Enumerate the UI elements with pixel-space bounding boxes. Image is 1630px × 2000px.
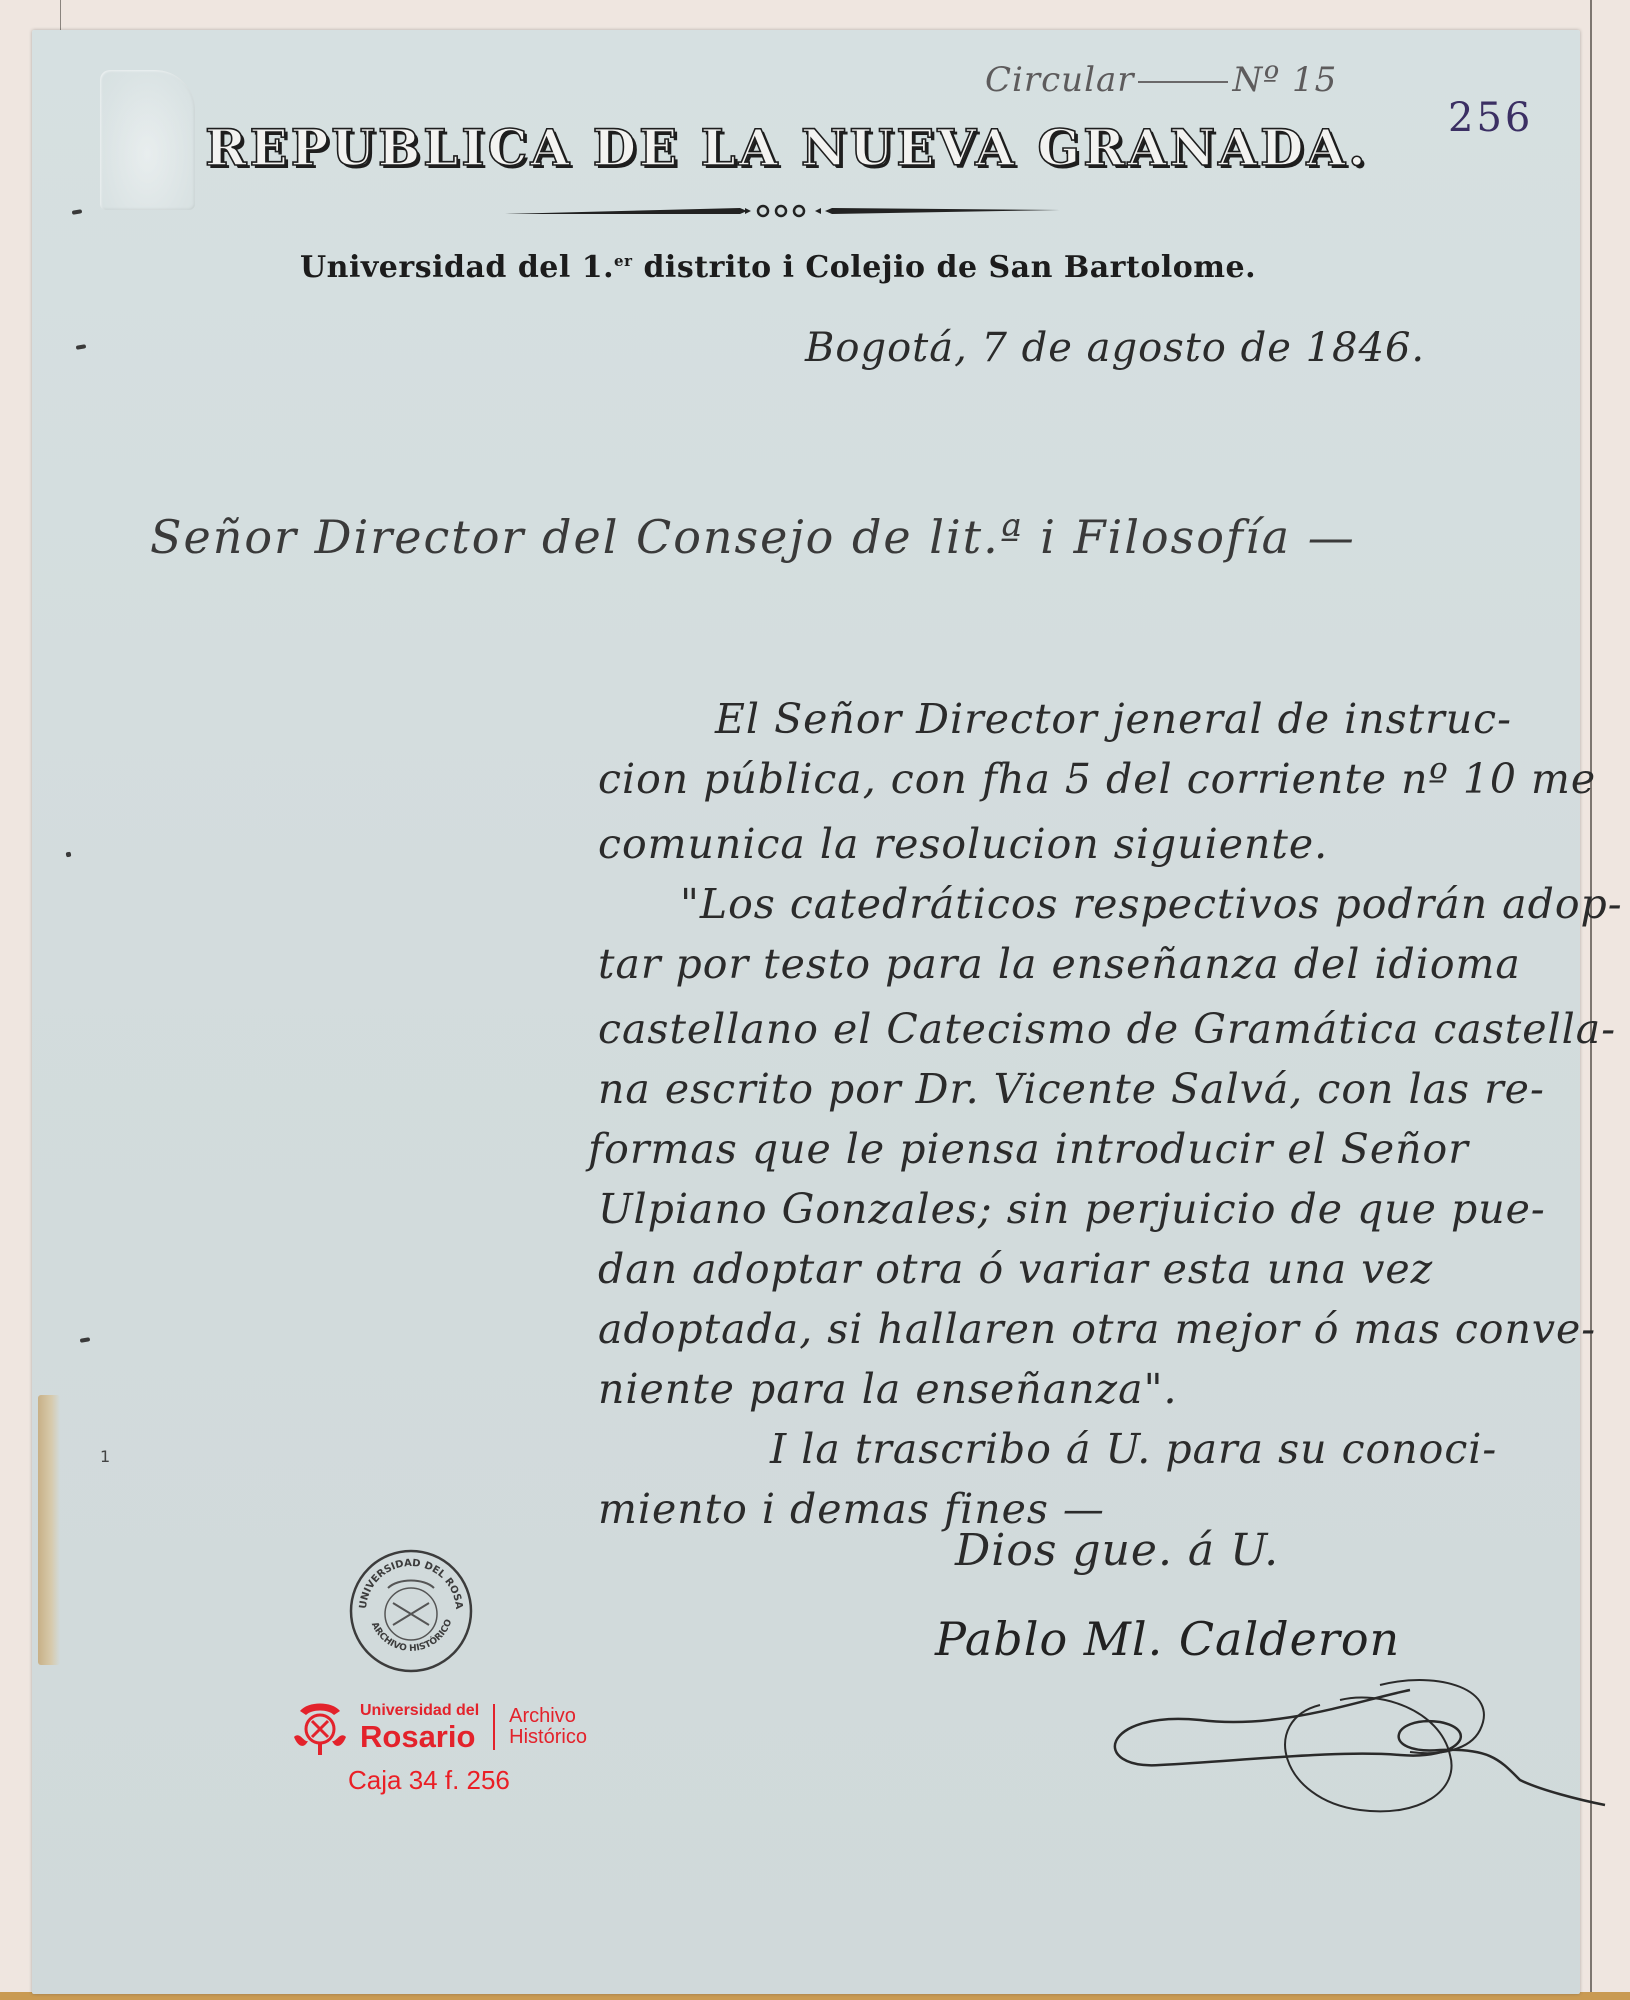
margin-pencil-mark: 1 bbox=[100, 1447, 110, 1466]
ornamental-rule-divider bbox=[505, 204, 1060, 218]
signature: Pablo Ml. Calderon bbox=[935, 1612, 1400, 1666]
logo-divider bbox=[493, 1704, 495, 1750]
logo-historico-line: Histórico bbox=[509, 1727, 587, 1748]
universidad-rosario-logo: Universidad del Rosario Archivo Históric… bbox=[290, 1697, 587, 1757]
body-line: comunica la resolucion siguiente. bbox=[598, 820, 1328, 868]
logo-university-line: Universidad del bbox=[360, 1703, 479, 1719]
circular-label: Circular bbox=[985, 60, 1134, 100]
backing-sheet-edge-left bbox=[60, 0, 61, 30]
body-line: "Los catedráticos respectivos podrán ado… bbox=[680, 880, 1623, 928]
body-line: na escrito por Dr. Vicente Salvá, con la… bbox=[598, 1065, 1545, 1113]
svg-text:UNIVERSIDAD DEL ROSARIO: UNIVERSIDAD DEL ROSARIO bbox=[348, 1548, 464, 1610]
body-line: El Señor Director jeneral de instruc- bbox=[715, 695, 1512, 743]
subtitle-superscript: er bbox=[614, 252, 632, 270]
subtitle-college: distrito i Colejio de San Bartolome. bbox=[633, 250, 1257, 285]
body-line: castellano el Catecismo de Gramática cas… bbox=[598, 1005, 1616, 1053]
folio-number-stamp: 256 bbox=[1448, 95, 1533, 141]
signature-rubric-flourish bbox=[1080, 1660, 1610, 1820]
archive-reference: Caja 34 f. 256 bbox=[348, 1765, 510, 1796]
paper-edge-damage bbox=[38, 1395, 60, 1665]
subtitle-university: Universidad del 1. bbox=[300, 250, 614, 285]
closing-salutation: Dios gue. á U. bbox=[955, 1525, 1279, 1576]
letterhead-title: REPUBLICA DE LA NUEVA GRANADA. bbox=[205, 118, 1385, 177]
letterhead-subtitle: Universidad del 1.er distrito i Colejio … bbox=[300, 250, 1256, 285]
embossed-seal-icon bbox=[100, 70, 195, 210]
body-line: niente para la enseñanza". bbox=[598, 1365, 1177, 1413]
body-line: cion pública, con fha 5 del corriente nº… bbox=[598, 755, 1596, 803]
logo-rosario-line: Rosario bbox=[360, 1721, 479, 1752]
circular-number: Nº 15 bbox=[1232, 60, 1337, 100]
logo-archivo-line: Archivo bbox=[509, 1706, 587, 1727]
body-line: Ulpiano Gonzales; sin perjuicio de que p… bbox=[598, 1185, 1546, 1233]
addressee-line: Señor Director del Consejo de lit.ª i Fi… bbox=[150, 510, 1356, 564]
svg-text:ARCHIVO HISTÓRICO: ARCHIVO HISTÓRICO bbox=[369, 1618, 455, 1654]
body-line: tar por testo para la enseñanza del idio… bbox=[598, 940, 1521, 988]
archive-stamp-icon: UNIVERSIDAD DEL ROSARIO ARCHIVO HISTÓRIC… bbox=[348, 1548, 474, 1674]
body-line: formas que le piensa introducir el Señor bbox=[588, 1125, 1469, 1173]
circular-margin-note: CircularNº 15 bbox=[985, 60, 1337, 100]
body-line: adoptada, si hallaren otra mejor ó mas c… bbox=[598, 1305, 1596, 1353]
body-line: I la trascribo á U. para su conoci- bbox=[770, 1425, 1497, 1473]
date-line: Bogotá, 7 de agosto de 1846. bbox=[805, 325, 1425, 371]
rosario-crest-icon bbox=[290, 1697, 350, 1757]
note-dash bbox=[1138, 81, 1228, 83]
body-line: dan adoptar otra ó variar esta una vez bbox=[598, 1245, 1433, 1293]
